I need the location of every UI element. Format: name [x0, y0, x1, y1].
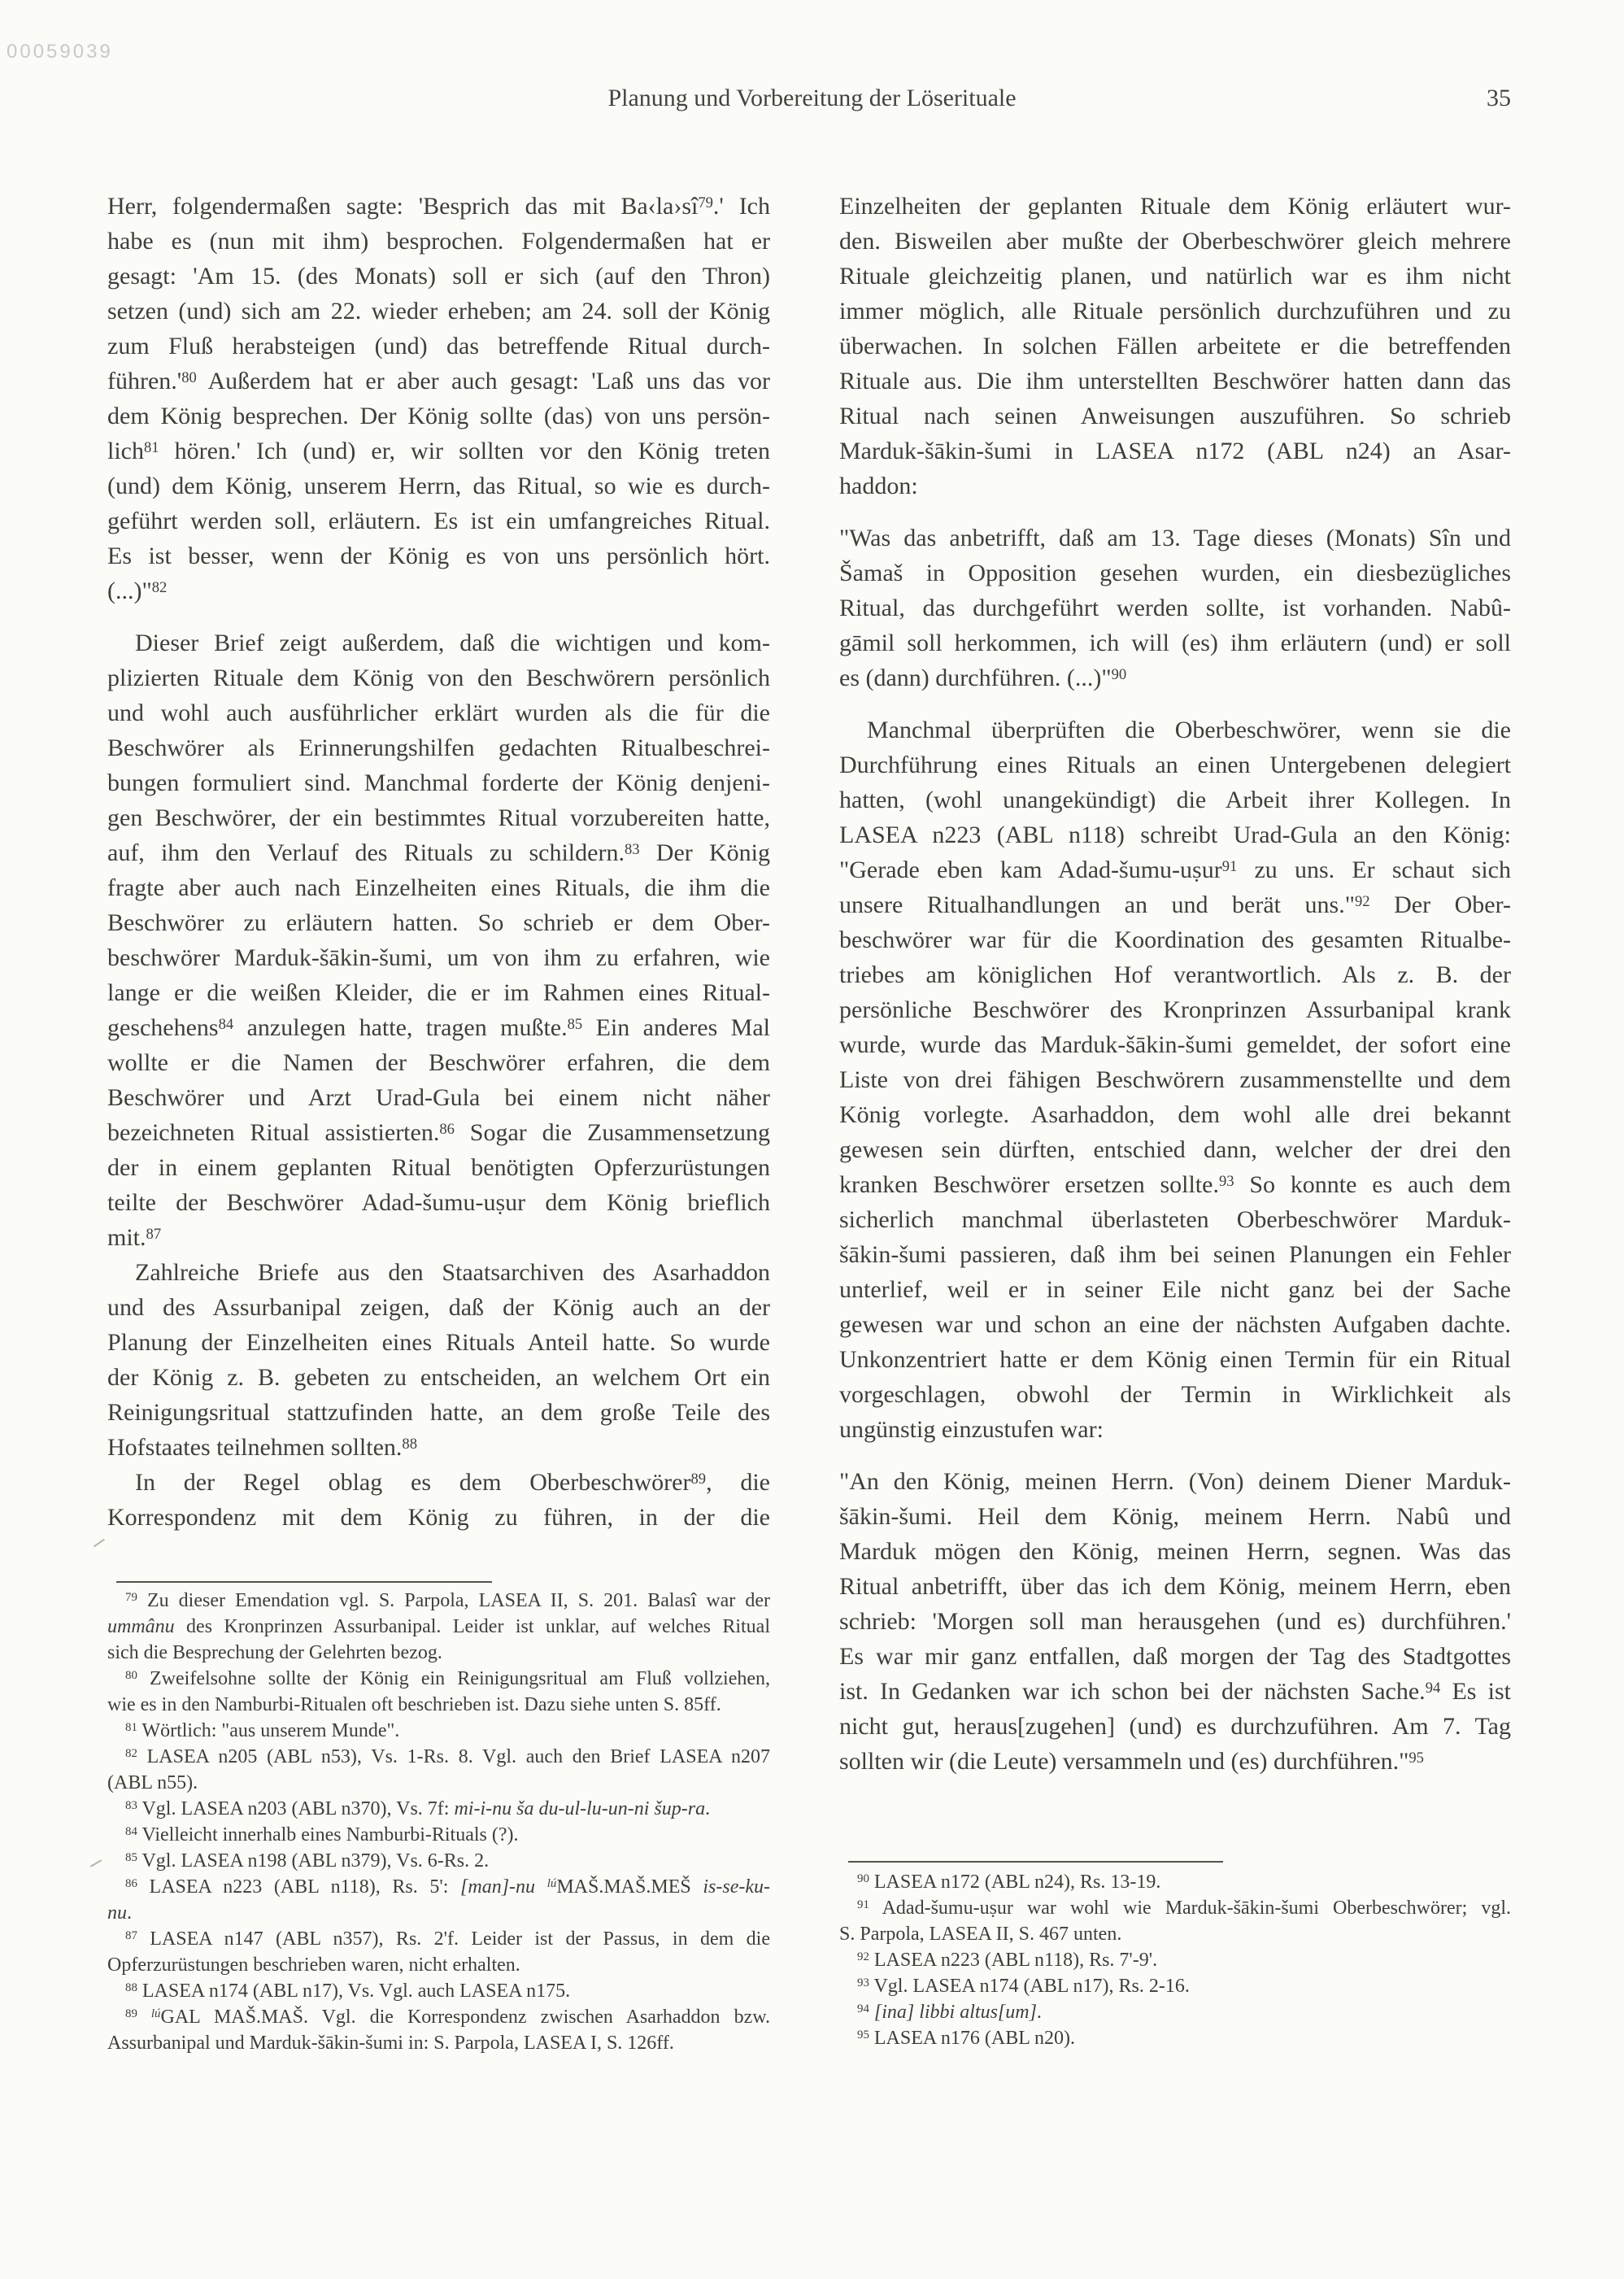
pencil-mark: [90, 1859, 102, 1867]
running-header: Planung und Vorbereitung der Löserituale: [0, 85, 1624, 112]
footnote: 84 Vielleicht innerhalb eines Namburbi-R…: [107, 1822, 770, 1848]
text-line: Rituale aus. Die ihm unterstellten Besch…: [839, 364, 1511, 399]
text-line: vorgeschlagen, obwohl der Termin in Wirk…: [839, 1377, 1511, 1412]
footnote: 93 Vgl. LASEA n174 (ABL n17), Rs. 2-16.: [839, 1973, 1511, 1999]
text-line: 89 lúGAL MAŠ.MAŠ. Vgl. die Korrespondenz…: [107, 2004, 770, 2030]
text-line: haddon:: [839, 468, 1511, 503]
text-line: Marduk mögen den König, meinen Herrn, se…: [839, 1534, 1511, 1569]
text-line: ist. In Gedanken war ich schon bei der n…: [839, 1674, 1511, 1709]
footnote-ref: 85: [125, 1851, 137, 1864]
footnote-ref: 92: [857, 1950, 869, 1963]
paragraph: Zahlreiche Briefe aus den Staatsarchiven…: [107, 1255, 770, 1465]
footnote-ref: 87: [125, 1929, 137, 1942]
left-column: Herr, folgendermaßen sagte: 'Besprich da…: [107, 189, 770, 1535]
footnote-ref: 83: [125, 1799, 137, 1812]
pencil-mark: [94, 1539, 105, 1548]
text-line: gesagt: 'Am 15. (des Monats) soll er sic…: [107, 259, 770, 294]
text-line: šākin-šumi passieren, daß ihm bei seinen…: [839, 1237, 1511, 1272]
footnote-ref: 95: [857, 2028, 869, 2042]
footnote-ref: 80: [125, 1669, 137, 1682]
text-line: Reinigungsritual stattzufinden hatte, an…: [107, 1395, 770, 1430]
footnote: 87 LASEA n147 (ABL n357), Rs. 2'f. Leide…: [107, 1926, 770, 1978]
text-line: Dieser Brief zeigt außerdem, daß die wic…: [107, 625, 770, 660]
text-line: 94 [ina] libbi altus[um].: [839, 1999, 1511, 2025]
text-line: Ritual, das durchgeführt werden sollte, …: [839, 590, 1511, 625]
right-footnotes: 90 LASEA n172 (ABL n24), Rs. 13-19.91 Ad…: [839, 1869, 1511, 2051]
footnote-ref: 93: [857, 1976, 869, 1989]
text-line: beschwörer war für die Koordination des …: [839, 922, 1511, 957]
text-line: Rituale gleichzeitig planen, und natürli…: [839, 259, 1511, 294]
text-line: triebes am königlichen Hof verantwortlic…: [839, 957, 1511, 992]
text-line: LASEA n223 (ABL n118) schreibt Urad-Gula…: [839, 817, 1511, 852]
paragraph: Manchmal überprüften die Oberbeschwörer,…: [839, 712, 1511, 1447]
text-line: Es war mir ganz entfallen, daß morgen de…: [839, 1639, 1511, 1674]
text-line: "Gerade eben kam Adad-šumu-uṣur91 zu uns…: [839, 852, 1511, 887]
text-line: Durchführung eines Rituals an einen Unte…: [839, 747, 1511, 782]
text-line: Opferzurüstungen beschrieben waren, nich…: [107, 1952, 770, 1978]
footnote-ref: 85: [568, 1016, 583, 1033]
text-line: Ritual anbetrifft, über das ich dem Köni…: [839, 1569, 1511, 1604]
text-line: 91 Adad-šumu-uṣur war wohl wie Marduk-šā…: [839, 1895, 1511, 1921]
text-line: Herr, folgendermaßen sagte: 'Besprich da…: [107, 189, 770, 224]
footnote-separator: [116, 1581, 492, 1583]
footnote: 86 LASEA n223 (ABL n118), Rs. 5': [man]-…: [107, 1874, 770, 1926]
text-line: 79 Zu dieser Emendation vgl. S. Parpola,…: [107, 1588, 770, 1614]
text-line: es (dann) durchführen. (...)"90: [839, 660, 1511, 695]
paragraph: In der Regel oblag es dem Oberbeschwörer…: [107, 1465, 770, 1535]
footnote-ref: 82: [152, 579, 168, 596]
text-line: nicht gut, heraus[zugehen] (und) es durc…: [839, 1709, 1511, 1744]
text-line: "An den König, meinen Herrn. (Von) deine…: [839, 1464, 1511, 1499]
text-line: (...)"82: [107, 573, 770, 608]
text-line: Assurbanipal und Marduk-šākin-šumi in: S…: [107, 2030, 770, 2056]
page-number: 35: [1487, 85, 1511, 112]
text-line: Marduk-šākin-šumi in LASEA n172 (ABL n24…: [839, 434, 1511, 468]
footnote-ref: 79: [125, 1591, 137, 1604]
footnote-ref: 84: [125, 1825, 137, 1838]
text-line: Beschwörer als Erinnerungshilfen gedacht…: [107, 730, 770, 765]
text-line: auf, ihm den Verlauf des Rituals zu schi…: [107, 835, 770, 870]
text-line: wollte er die Namen der Beschwörer erfah…: [107, 1045, 770, 1080]
footnote-ref: 95: [1408, 1750, 1424, 1767]
footnote-ref: 79: [698, 194, 713, 211]
text-line: ungünstig einzustufen war:: [839, 1412, 1511, 1447]
text-line: Beschwörer und Arzt Urad-Gula bei einem …: [107, 1080, 770, 1115]
footnote: 82 LASEA n205 (ABL n53), Vs. 1-Rs. 8. Vg…: [107, 1744, 770, 1796]
paragraph: "Was das anbetrifft, daß am 13. Tage die…: [839, 521, 1511, 695]
text-line: Planung der Einzelheiten eines Rituals A…: [107, 1325, 770, 1360]
text-line: setzen (und) sich am 22. wieder erheben;…: [107, 294, 770, 329]
text-line: beschwörer Marduk-šākin-šumi, um von ihm…: [107, 940, 770, 975]
footnote: 90 LASEA n172 (ABL n24), Rs. 13-19.: [839, 1869, 1511, 1895]
footnote-ref: 89: [690, 1471, 706, 1488]
right-column: Einzelheiten der geplanten Rituale dem K…: [839, 189, 1511, 1779]
text-line: wurde, wurde das Marduk-šākin-šumi gemel…: [839, 1027, 1511, 1062]
text-line: Es ist besser, wenn der König es von uns…: [107, 538, 770, 573]
page-title: Planung und Vorbereitung der Löserituale: [607, 85, 1016, 111]
footnote: 79 Zu dieser Emendation vgl. S. Parpola,…: [107, 1588, 770, 1666]
footnote-ref: 89: [125, 2007, 137, 2020]
text-line: gen Beschwörer, der ein bestimmtes Ritua…: [107, 800, 770, 835]
text-line: König vorlegte. Asarhaddon, dem wohl all…: [839, 1097, 1511, 1132]
footnote: 94 [ina] libbi altus[um].: [839, 1999, 1511, 2025]
text-line: Einzelheiten der geplanten Rituale dem K…: [839, 189, 1511, 224]
footnote-ref: 93: [1219, 1173, 1234, 1190]
left-footnotes: 79 Zu dieser Emendation vgl. S. Parpola,…: [107, 1588, 770, 2056]
text-line: 82 LASEA n205 (ABL n53), Vs. 1-Rs. 8. Vg…: [107, 1744, 770, 1770]
text-line: gewesen sein dürften, entschied dann, we…: [839, 1132, 1511, 1167]
text-line: In der Regel oblag es dem Oberbeschwörer…: [107, 1465, 770, 1500]
text-line: der in einem geplanten Ritual benötigten…: [107, 1150, 770, 1185]
footnote: 85 Vgl. LASEA n198 (ABL n379), Vs. 6-Rs.…: [107, 1848, 770, 1874]
text-line: plizierten Rituale dem König von den Bes…: [107, 660, 770, 695]
footnote-ref: 92: [1355, 893, 1370, 910]
text-line: (und) dem König, unserem Herrn, das Ritu…: [107, 468, 770, 503]
text-line: 85 Vgl. LASEA n198 (ABL n379), Vs. 6-Rs.…: [107, 1848, 770, 1874]
text-line: 87 LASEA n147 (ABL n357), Rs. 2'f. Leide…: [107, 1926, 770, 1952]
text-line: hatten, (wohl unangekündigt) die Arbeit …: [839, 782, 1511, 817]
text-line: Unkonzentriert hatte er dem König einen …: [839, 1342, 1511, 1377]
text-line: überwachen. In solchen Fällen arbeitete …: [839, 329, 1511, 364]
text-line: 88 LASEA n174 (ABL n17), Vs. Vgl. auch L…: [107, 1978, 770, 2004]
paragraph: "An den König, meinen Herrn. (Von) deine…: [839, 1464, 1511, 1779]
text-line: wie es in den Namburbi-Ritualen oft besc…: [107, 1692, 770, 1718]
text-line: Šamaš in Opposition gesehen wurden, ein …: [839, 556, 1511, 590]
text-line: Manchmal überprüften die Oberbeschwörer,…: [839, 712, 1511, 747]
text-line: S. Parpola, LASEA II, S. 467 unten.: [839, 1921, 1511, 1947]
text-line: bungen formuliert sind. Manchmal fordert…: [107, 765, 770, 800]
text-line: gewesen war und schon an eine der nächst…: [839, 1307, 1511, 1342]
footnote-ref: 84: [219, 1016, 234, 1033]
text-line: lange er die weißen Kleider, die er im R…: [107, 975, 770, 1010]
text-line: Ritual nach seinen Anweisungen auszuführ…: [839, 399, 1511, 434]
footnote-ref: 86: [125, 1877, 137, 1890]
footnote: 80 Zweifelsohne sollte der König ein Rei…: [107, 1666, 770, 1718]
text-line: "Was das anbetrifft, daß am 13. Tage die…: [839, 521, 1511, 556]
text-line: ummânu des Kronprinzen Assurbanipal. Lei…: [107, 1614, 770, 1640]
text-line: dem König besprechen. Der König sollte (…: [107, 399, 770, 434]
footnote-ref: 86: [439, 1121, 455, 1138]
text-line: geführt werden soll, erläutern. Es ist e…: [107, 503, 770, 538]
paragraph: Einzelheiten der geplanten Rituale dem K…: [839, 189, 1511, 503]
text-line: habe es (nun mit ihm) besprochen. Folgen…: [107, 224, 770, 259]
scan-id-stamp: 00059039: [7, 41, 113, 63]
footnote-ref: 88: [125, 1981, 137, 1994]
footnote-ref: 94: [857, 2002, 869, 2015]
footnote: 83 Vgl. LASEA n203 (ABL n370), Vs. 7f: m…: [107, 1796, 770, 1822]
text-line: persönliche Beschwörer des Kronprinzen A…: [839, 992, 1511, 1027]
footnote: 81 Wörtlich: "aus unserem Munde".: [107, 1718, 770, 1744]
text-line: 90 LASEA n172 (ABL n24), Rs. 13-19.: [839, 1869, 1511, 1895]
scanned-book-page: 00059039 Planung und Vorbereitung der Lö…: [0, 0, 1624, 2279]
paragraph: Dieser Brief zeigt außerdem, daß die wic…: [107, 625, 770, 1255]
footnote-ref: 91: [1222, 858, 1238, 875]
text-line: Zahlreiche Briefe aus den Staatsarchiven…: [107, 1255, 770, 1290]
text-line: schrieb: 'Morgen soll man herausgehen (u…: [839, 1604, 1511, 1639]
text-line: 80 Zweifelsohne sollte der König ein Rei…: [107, 1666, 770, 1692]
text-line: 92 LASEA n223 (ABL n118), Rs. 7'-9'.: [839, 1947, 1511, 1973]
text-line: gāmil soll herkommen, ich will (es) ihm …: [839, 625, 1511, 660]
text-line: teilte der Beschwörer Adad-šumu-uṣur dem…: [107, 1185, 770, 1220]
text-line: sich die Besprechung der Gelehrten bezog…: [107, 1640, 770, 1666]
text-line: unterlief, weil er in seiner Eile nicht …: [839, 1272, 1511, 1307]
text-line: 81 Wörtlich: "aus unserem Munde".: [107, 1718, 770, 1744]
footnote: 91 Adad-šumu-uṣur war wohl wie Marduk-šā…: [839, 1895, 1511, 1947]
paragraph: Herr, folgendermaßen sagte: 'Besprich da…: [107, 189, 770, 608]
footnote-separator: [848, 1861, 1223, 1863]
text-line: und wohl auch ausführlicher erklärt wurd…: [107, 695, 770, 730]
text-line: šākin-šumi. Heil dem König, meinem Herrn…: [839, 1499, 1511, 1534]
text-line: Liste von drei fähigen Beschwörern zusam…: [839, 1062, 1511, 1097]
text-line: lich81 hören.' Ich (und) er, wir sollten…: [107, 434, 770, 468]
text-line: fragte aber auch nach Einzelheiten eines…: [107, 870, 770, 905]
text-line: zum Fluß herabsteigen (und) das betreffe…: [107, 329, 770, 364]
text-line: 86 LASEA n223 (ABL n118), Rs. 5': [man]-…: [107, 1874, 770, 1900]
text-line: den. Bisweilen aber mußte der Oberbeschw…: [839, 224, 1511, 259]
text-line: Korrespondenz mit dem König zu führen, i…: [107, 1500, 770, 1535]
text-line: 93 Vgl. LASEA n174 (ABL n17), Rs. 2-16.: [839, 1973, 1511, 1999]
footnote: 88 LASEA n174 (ABL n17), Vs. Vgl. auch L…: [107, 1978, 770, 2004]
footnote: 89 lúGAL MAŠ.MAŠ. Vgl. die Korrespondenz…: [107, 2004, 770, 2056]
footnote-ref: 87: [146, 1226, 162, 1243]
text-line: Beschwörer zu erläutern hatten. So schri…: [107, 905, 770, 940]
text-line: bezeichneten Ritual assistierten.86 Soga…: [107, 1115, 770, 1150]
footnote-ref: 83: [625, 841, 640, 858]
text-line: Hofstaates teilnehmen sollten.88: [107, 1430, 770, 1465]
text-line: sollten wir (die Leute) versammeln und (…: [839, 1744, 1511, 1779]
text-line: mit.87: [107, 1220, 770, 1255]
text-line: und des Assurbanipal zeigen, daß der Kön…: [107, 1290, 770, 1325]
text-line: sicherlich manchmal überlasteten Oberbes…: [839, 1202, 1511, 1237]
footnote: 92 LASEA n223 (ABL n118), Rs. 7'-9'.: [839, 1947, 1511, 1973]
footnote-ref: 91: [857, 1898, 869, 1911]
text-line: kranken Beschwörer ersetzen sollte.93 So…: [839, 1167, 1511, 1202]
text-line: 95 LASEA n176 (ABL n20).: [839, 2025, 1511, 2051]
text-line: führen.'80 Außerdem hat er aber auch ges…: [107, 364, 770, 399]
text-line: 84 Vielleicht innerhalb eines Namburbi-R…: [107, 1822, 770, 1848]
footnote-ref: 80: [181, 369, 197, 386]
footnote-ref: 88: [402, 1436, 417, 1453]
text-line: (ABL n55).: [107, 1770, 770, 1796]
footnote-ref: 81: [144, 439, 159, 456]
footnote-ref: 90: [1112, 666, 1127, 683]
footnote-ref: 81: [125, 1721, 137, 1734]
text-line: geschehens84 anzulegen hatte, tragen muß…: [107, 1010, 770, 1045]
text-line: nu.: [107, 1900, 770, 1926]
text-line: unsere Ritualhandlungen an und berät uns…: [839, 887, 1511, 922]
footnote-ref: 94: [1426, 1680, 1441, 1697]
text-line: der König z. B. gebeten zu entscheiden, …: [107, 1360, 770, 1395]
text-line: 83 Vgl. LASEA n203 (ABL n370), Vs. 7f: m…: [107, 1796, 770, 1822]
footnote: 95 LASEA n176 (ABL n20).: [839, 2025, 1511, 2051]
footnote-ref: 90: [857, 1872, 869, 1885]
text-line: immer möglich, alle Rituale persönlich d…: [839, 294, 1511, 329]
footnote-ref: 82: [125, 1747, 137, 1760]
